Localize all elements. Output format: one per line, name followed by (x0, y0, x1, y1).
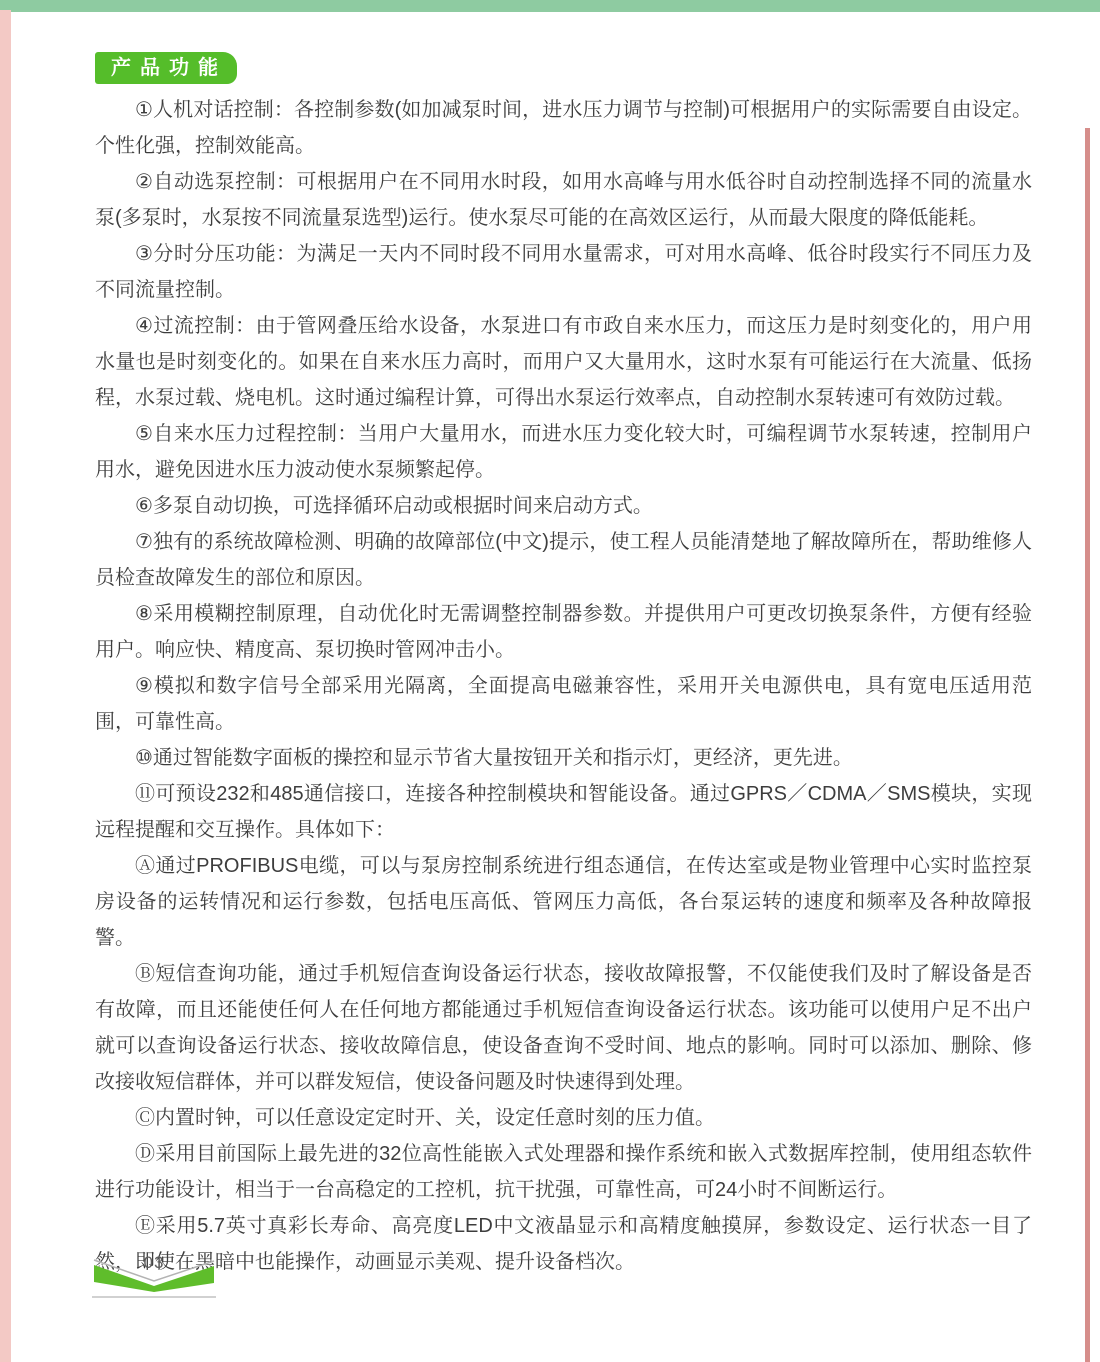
paragraph: ⑩通过智能数字面板的操控和显示节省大量按钮开关和指示灯，更经济，更先进。 (95, 740, 1032, 776)
paragraph: ⑤自来水压力过程控制：当用户大量用水，而进水压力变化较大时，可编程调节水泵转速，… (95, 416, 1032, 488)
page-number: 03 (144, 1253, 165, 1273)
paragraph: Ⓒ内置时钟，可以任意设定定时开、关，设定任意时刻的压力值。 (95, 1100, 1032, 1136)
paragraph: ⑧采用模糊控制原理，自动优化时无需调整控制器参数。并提供用户可更改切换泵条件，方… (95, 596, 1032, 668)
section-title: 产品功能 (111, 57, 227, 79)
paragraph: ③分时分压功能：为满足一天内不同时段不同用水量需求，可对用水高峰、低谷时段实行不… (95, 236, 1032, 308)
paragraph: ④过流控制：由于管网叠压给水设备，水泵进口有市政自来水压力，而这压力是时刻变化的… (95, 308, 1032, 416)
right-edge-line (1085, 128, 1090, 1362)
left-border-bar (0, 10, 11, 1362)
paragraph: Ⓑ短信查询功能，通过手机短信查询设备运行状态，接收故障报警，不仅能使我们及时了解… (95, 956, 1032, 1100)
section-title-badge: 产品功能 (95, 52, 237, 84)
body-text: ①人机对话控制：各控制参数(如加减泵时间，进水压力调节与控制)可根据用户的实际需… (95, 92, 1032, 1280)
paragraph: ⑦独有的系统故障检测、明确的故障部位(中文)提示，使工程人员能清楚地了解故障所在… (95, 524, 1032, 596)
page-footer: 03 (92, 1252, 216, 1302)
paragraph: ②自动选泵控制：可根据用户在不同用水时段，如用水高峰与用水低谷时自动控制选择不同… (95, 164, 1032, 236)
paragraph: Ⓐ通过PROFIBUS电缆，可以与泵房控制系统进行组态通信，在传达室或是物业管理… (95, 848, 1032, 956)
paragraph: ⑪可预设232和485通信接口，连接各种控制模块和智能设备。通过GPRS／CDM… (95, 776, 1032, 848)
top-border-bar (0, 0, 1100, 12)
paragraph: ⑨模拟和数字信号全部采用光隔离，全面提高电磁兼容性，采用开关电源供电，具有宽电压… (95, 668, 1032, 740)
paragraph: ①人机对话控制：各控制参数(如加减泵时间，进水压力调节与控制)可根据用户的实际需… (95, 92, 1032, 164)
paragraph: ⑥多泵自动切换，可选择循环启动或根据时间来启动方式。 (95, 488, 1032, 524)
document-page: 产品功能 ①人机对话控制：各控制参数(如加减泵时间，进水压力调节与控制)可根据用… (0, 0, 1100, 1362)
paragraph: Ⓔ采用5.7英寸真彩长寿命、高亮度LED中文液晶显示和高精度触摸屏，参数设定、运… (95, 1208, 1032, 1280)
paragraph: Ⓓ采用目前国际上最先进的32位高性能嵌入式处理器和操作系统和嵌入式数据库控制，使… (95, 1136, 1032, 1208)
